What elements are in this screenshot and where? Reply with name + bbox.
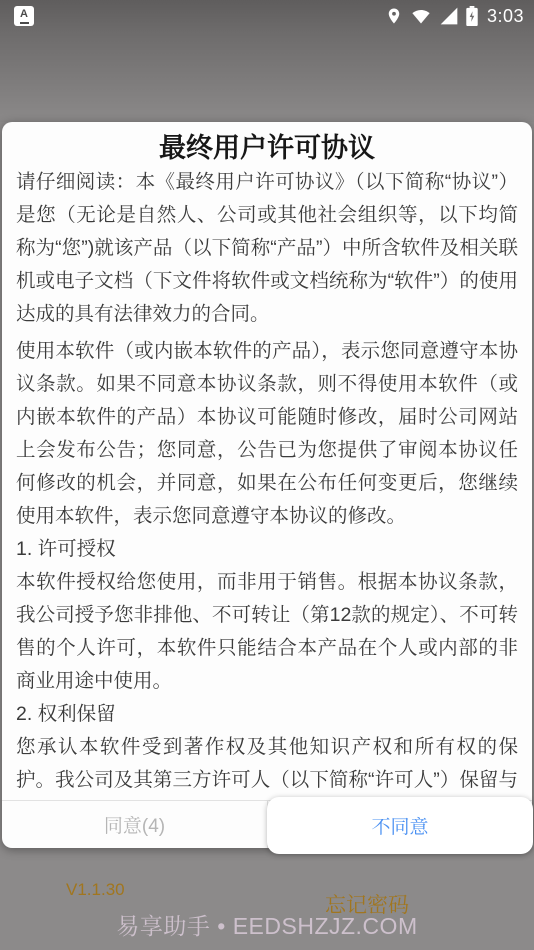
eula-paragraph: 使用本软件（或内嵌本软件的产品），表示您同意遵守本协议条款。如果不同意本协议条款… [16, 335, 518, 533]
notification-app-icon-bar [20, 22, 29, 24]
wifi-icon [410, 6, 432, 26]
eula-section-heading: 1. 许可授权 [16, 533, 518, 566]
notification-app-icon: A [14, 6, 34, 26]
eula-paragraph: 请仔细阅读：本《最终用户许可协议》（以下简称“协议”）是您（无论是自然人、公司或… [16, 166, 518, 331]
battery-charging-icon [466, 6, 478, 26]
eula-dialog: 最终用户许可协议 请仔细阅读：本《最终用户许可协议》（以下简称“协议”）是您（无… [2, 122, 532, 848]
disagree-button[interactable]: 不同意 [267, 797, 533, 854]
eula-section-heading: 2. 权利保留 [16, 698, 518, 731]
brand-footer-label: 易享助手 • EEDSHZJZ.COM [0, 908, 534, 941]
eula-paragraph: 本软件授权给您使用，而非用于销售。根据本协议条款，我公司授予您非排他、不可转让（… [16, 566, 518, 698]
dialog-button-bar: 同意(4) 不同意 [2, 800, 532, 848]
agree-button[interactable]: 同意(4) [2, 801, 267, 848]
eula-paragraph: 您承认本软件受到著作权及其他知识产权和所有权的保护。我公司及其第三方许可人（以下… [16, 731, 518, 800]
status-time: 3:03 [487, 6, 524, 27]
android-screen: { "status_bar": { "time": "3:03", "app_i… [0, 0, 534, 950]
location-icon [385, 6, 403, 26]
notification-app-icon-letter: A [20, 9, 28, 20]
app-version-label: V1.1.30 [66, 880, 125, 900]
status-bar: A 3:03 [0, 0, 534, 32]
signal-strength-icon [439, 6, 459, 26]
dialog-title: 最终用户许可协议 [2, 131, 532, 165]
eula-text-body[interactable]: 请仔细阅读：本《最终用户许可协议》（以下简称“协议”）是您（无论是自然人、公司或… [2, 166, 532, 800]
